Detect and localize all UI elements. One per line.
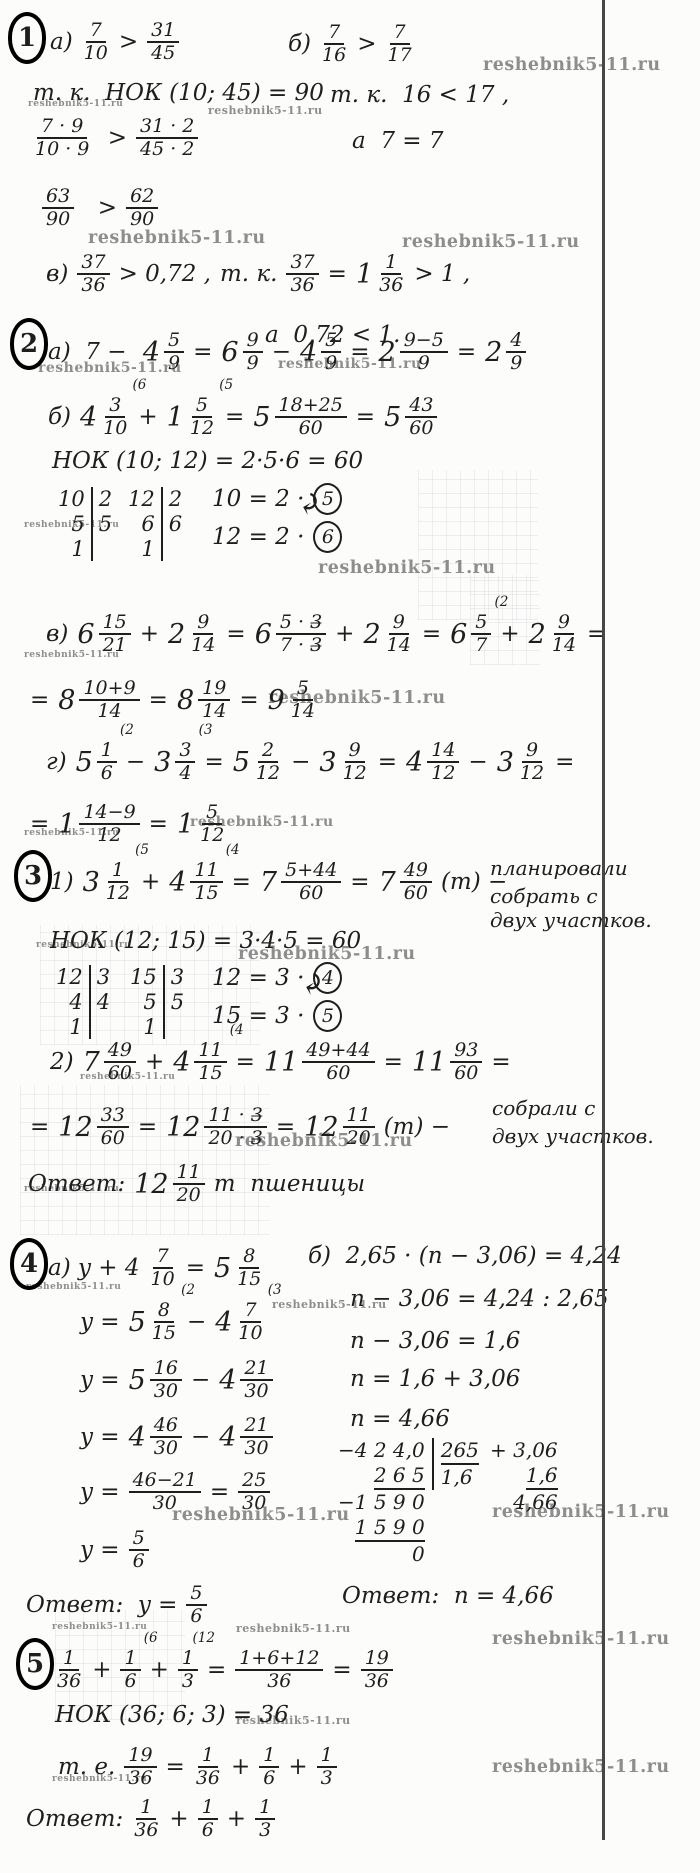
math-line: 1 (8, 12, 46, 64)
fraction: 16 (259, 1745, 279, 1790)
fraction: 716 (320, 22, 348, 67)
text-token: = (332, 1657, 351, 1683)
mixed-number: 65 · 3̶7 · 3̶ (255, 612, 326, 657)
addition-row: 4,66 (513, 1490, 558, 1515)
mixed-number: 459 (300, 330, 341, 375)
circled-factor: 5 (313, 1000, 342, 1032)
math-line: б)716>717 (288, 22, 414, 67)
fraction: 912 (518, 740, 546, 785)
text-token: = (422, 621, 441, 647)
math-line: =810+914=81914=9514 (30, 678, 317, 723)
superscript-mark: (6 (144, 1631, 158, 1646)
watermark: reshebnik5-11.ru (88, 228, 266, 248)
math-line: двух участков. (492, 1124, 654, 1148)
math-line: а 7 = 7 (352, 128, 444, 154)
text-token: = (225, 404, 244, 430)
superscript-mark: (3 (268, 1283, 282, 1298)
text-token: НОК (36; 6; 3) = 36 (55, 1702, 289, 1728)
math-line: а) 7 − 459=699−459=29−59=249 (48, 330, 526, 375)
math-line: n − 3,06 = 1,6 (350, 1328, 520, 1354)
text-token: + (227, 1806, 246, 1832)
text-token: = (384, 1049, 403, 1075)
task-number-badge: 3 (14, 850, 52, 902)
fraction: 4960 (400, 860, 432, 905)
text-token: y = (80, 1424, 120, 1450)
mixed-number: 42130 (219, 1415, 272, 1460)
fraction: 136 (132, 1797, 160, 1842)
mixed-number: 51630 (129, 1358, 182, 1403)
text-token: т. е. (58, 1754, 115, 1780)
text-token: + (145, 1049, 164, 1075)
division-row: −4 2 4,0 (338, 1438, 425, 1463)
mixed-number: 41412 (406, 740, 459, 785)
mixed-number: 1211 · 3̶20 · 3̶ (166, 1105, 267, 1150)
text-token: б) 2,65 · (n − 3,06) = 4,24 (308, 1243, 622, 1269)
fraction: 6390 (42, 186, 74, 231)
text-token: в) (46, 621, 68, 647)
mixed-number: 1136 (356, 252, 405, 297)
mixed-number: 516(2 (76, 740, 117, 785)
fraction: 1936 (361, 1648, 393, 1693)
text-token: − (272, 339, 291, 365)
fraction: 3145 (147, 20, 179, 65)
fraction: 1+6+1236 (235, 1648, 323, 1693)
fraction: 1521 (99, 612, 131, 657)
text-token: − (191, 1424, 210, 1450)
math-line: 5 (16, 1638, 54, 1690)
mixed-number: 334(3 (154, 740, 195, 785)
fraction: 212 (254, 740, 282, 785)
text-token: − (468, 749, 487, 775)
text-token: т пшеницы (214, 1171, 365, 1197)
fraction: 112(5 (104, 860, 132, 905)
grid-texture (418, 470, 538, 620)
math-line: n − 3,06 = 4,24 : 2,65 (350, 1286, 609, 1312)
fraction: 16(2 (97, 740, 117, 785)
division-row: 0 (412, 1542, 425, 1567)
text-token: = (166, 1754, 185, 1780)
text-token: > 0,72 , (119, 261, 211, 287)
mixed-number: 699 (221, 330, 262, 375)
division-row: 1,6 (441, 1465, 473, 1490)
fraction: 7 · 910 · 9 (33, 116, 91, 161)
fraction: 31 · 245 · 2 (136, 116, 198, 161)
text-token: = (30, 687, 49, 713)
fraction: 2130 (240, 1358, 272, 1403)
fraction: 1115(4 (190, 860, 222, 905)
text-token: > (119, 29, 138, 55)
math-line: 7 · 910 · 9 >31 · 245 · 2 (33, 116, 198, 161)
mixed-number: 459 (143, 330, 184, 375)
fraction: 1115(4 (194, 1040, 226, 1085)
fraction: 136 (194, 1745, 222, 1790)
mixed-number: 123360 (58, 1105, 129, 1150)
text-token: = (350, 869, 369, 895)
text-token: а) y + 4 (48, 1255, 140, 1281)
text-token: > (83, 195, 117, 221)
math-line: y =51630−42130 (80, 1358, 273, 1403)
mixed-number: 75+4460 (260, 860, 341, 905)
superscript-mark: (2 (495, 595, 509, 610)
fraction: 1412 (427, 740, 459, 785)
superscript-mark: (5 (135, 843, 149, 858)
margin-line (602, 0, 605, 1840)
superscript-mark: (2 (120, 723, 134, 738)
mixed-number: 1512(5 (167, 395, 216, 440)
mixed-number: 3912 (319, 740, 368, 785)
task-number-badge: 4 (10, 1238, 48, 1290)
fraction: 912 (341, 740, 369, 785)
mixed-number: 44630 (129, 1415, 182, 1460)
fraction: 710(3 (236, 1300, 264, 1345)
mixed-number: 114−912 (58, 802, 139, 847)
text-token: + (500, 621, 519, 647)
math-line: 2 (10, 318, 48, 370)
math-line: НОК (12; 15) = 3·4·5 = 60 (50, 928, 361, 954)
fraction: 10+914 (79, 678, 139, 723)
math-line: б) 2,65 · (n − 3,06) = 4,24 (308, 1243, 622, 1269)
math-line: г)516(2−334(3=5212−3912=41412−3912= (46, 740, 574, 785)
text-token: + (138, 404, 157, 430)
text-token: y = (80, 1537, 120, 1563)
mixed-number: 249 (485, 330, 526, 375)
mixed-number: 61521 (77, 612, 130, 657)
math-line: 12 = 2 ·6 (212, 521, 342, 553)
superscript-mark: (4 (230, 1023, 244, 1038)
text-token: г) (46, 749, 67, 775)
text-token: б) (48, 404, 71, 430)
text-token: > 1 , (414, 261, 470, 287)
mixed-number: 4310(6 (80, 395, 129, 440)
fraction: 815 (235, 1246, 263, 1291)
text-token: − (191, 1367, 210, 1393)
math-line: 105125 (58, 487, 112, 561)
text-token: n − 3,06 = 4,24 : 2,65 (350, 1286, 609, 1312)
mixed-number: 121120 (304, 1105, 375, 1150)
mixed-number: 81914 (177, 678, 230, 723)
fraction: 56 (186, 1583, 206, 1628)
fraction: 514 (289, 678, 317, 723)
text-token: = (356, 404, 375, 430)
mixed-number: 518+2560 (253, 395, 346, 440)
mixed-number: 9514 (268, 678, 317, 723)
fraction: 56 (129, 1528, 149, 1573)
mixed-number: 657(2 (450, 612, 491, 657)
math-line: 126126 (128, 487, 182, 561)
text-token: = (328, 261, 347, 287)
fraction: 99 (243, 330, 263, 375)
fraction: 9−59 (400, 330, 448, 375)
math-line: в)3736> 0,72 ,т. к.3736=1136> 1 , (46, 252, 470, 297)
fraction: 310(6 (101, 395, 129, 440)
math-line: собрали с (492, 1096, 595, 1120)
text-token: + (141, 869, 160, 895)
text-token: = (457, 339, 476, 365)
text-token: собрали с (492, 1096, 595, 1120)
dividend-column: −4 2 4,02 6 5−1 5 9 01 5 9 00 (338, 1438, 432, 1567)
math-line: 2)74960+41115(4=1149+4460=119360= (50, 1040, 511, 1085)
text-token: 2) (50, 1049, 74, 1075)
math-line: y =56 (80, 1528, 149, 1573)
mixed-number: 29−59 (379, 330, 448, 375)
math-line: в)61521+2914=65 · 3̶7 · 3̶+2914=657(2+29… (46, 612, 606, 657)
fraction: 18+2560 (275, 395, 347, 440)
mixed-number: 2914 (529, 612, 578, 657)
text-token: = (204, 749, 223, 775)
superscript-mark: (6 (133, 378, 147, 393)
math-line: 4 (10, 1238, 48, 1290)
mixed-number: 121120 (134, 1162, 205, 1207)
math-line: =123360=1211 · 3̶20 · 3̶=121120(т) − (30, 1105, 450, 1150)
text-token: = (138, 1114, 157, 1140)
text-token: а 7 = 7 (352, 128, 444, 154)
mixed-number: 1149+4460 (264, 1040, 375, 1085)
text-token: = (276, 1114, 295, 1140)
text-token: = (149, 687, 168, 713)
divisor-column: 2651,6 (432, 1438, 479, 1490)
math-line: =114−912=1512 (30, 802, 226, 847)
column-addition: + 3,061,64,66 (490, 1438, 558, 1515)
text-token: + (231, 1754, 250, 1780)
superscript-mark: (5 (219, 378, 233, 393)
text-token: т. к. НОК (10; 45) = 90 (33, 80, 324, 106)
math-line: 6390 >6290 (42, 186, 158, 231)
math-line: собрать с (490, 884, 598, 908)
text-token: = (378, 749, 397, 775)
fraction: 3360 (97, 1105, 129, 1150)
math-line: n = 1,6 + 3,06 (350, 1366, 520, 1392)
fraction: 11 · 3̶20 · 3̶ (204, 1105, 266, 1150)
fraction: 3736 (286, 252, 318, 297)
text-token: = (186, 1255, 205, 1281)
text-token: + (335, 621, 354, 647)
watermark: reshebnik5-11.ru (318, 558, 496, 578)
superscript-mark: (4 (226, 843, 240, 858)
math-line: а)710>3145 (50, 20, 179, 65)
fraction: 16 (198, 1797, 218, 1842)
text-token: = (149, 811, 168, 837)
fraction: 710 (149, 1246, 177, 1291)
fraction: 1120 (173, 1162, 205, 1207)
text-token: в) (46, 261, 68, 287)
math-line: n = 4,66 (350, 1406, 450, 1432)
circled-factor: 6 (313, 521, 342, 553)
math-line: 124134 (56, 965, 110, 1039)
superscript-mark: (3 (199, 723, 213, 738)
watermark: reshebnik5-11.ru (236, 1622, 351, 1635)
math-line: Ответ:121120т пшеницы (28, 1162, 365, 1207)
notebook-page: reshebnik5-11.rureshebnik5-11.rureshebni… (0, 0, 700, 1873)
text-token: = (555, 749, 574, 775)
text-token: 1) (50, 869, 74, 895)
text-token: 12 = 2 · (212, 524, 304, 550)
mixed-number: 119360 (412, 1040, 483, 1085)
math-line: б)4310(6+1512(5=518+2560=54360 (48, 395, 437, 440)
text-token: − (126, 749, 145, 775)
math-line: НОК (10; 12) = 2·5·6 = 60 (52, 448, 363, 474)
text-token: y = (80, 1479, 120, 1505)
fraction: 1630 (150, 1358, 182, 1403)
text-token: = (193, 339, 212, 365)
text-token: т. к. 16 < 17 , (330, 82, 509, 108)
math-line: Ответ:136+16+13 (26, 1797, 275, 1842)
fraction: 49 (506, 330, 526, 375)
fraction: 1120 (343, 1105, 375, 1150)
division-row: 265 (441, 1438, 479, 1465)
math-line: двух участков. (490, 908, 652, 932)
watermark: reshebnik5-11.ru (492, 1629, 670, 1649)
text-token: НОК (10; 12) = 2·5·6 = 60 (52, 448, 363, 474)
fraction: 9360 (450, 1040, 482, 1085)
math-line: y =46−2130=2530 (80, 1470, 270, 1515)
text-token: собрать с (490, 884, 598, 908)
text-token: НОК (12; 15) = 3·4·5 = 60 (50, 928, 361, 954)
text-token: + (140, 621, 159, 647)
fraction: 4960 (104, 1040, 136, 1085)
division-row: 1 5 9 0 (355, 1515, 425, 1542)
task-number-badge: 1 (8, 12, 46, 64)
mixed-number: 5815(2 (129, 1300, 178, 1345)
math-line: Ответ: y =56 (26, 1583, 207, 1628)
addition-row: 1,6 (526, 1463, 558, 1490)
text-token: y = (80, 1309, 120, 1335)
fraction: 59 (321, 330, 341, 375)
text-token: + (169, 1806, 188, 1832)
text-token: (т) − (384, 1114, 450, 1140)
mixed-number: 3912 (497, 740, 546, 785)
fraction: 16(6 (120, 1648, 140, 1693)
fraction: 717 (385, 22, 413, 67)
fraction: 136 (55, 1648, 83, 1693)
mixed-number: 5815 (214, 1246, 263, 1291)
text-token: а) 7 − (48, 339, 134, 365)
fraction: 914 (550, 612, 578, 657)
text-token: = (210, 1479, 229, 1505)
text-token: = (226, 621, 245, 647)
addition-row: + 3,06 (490, 1438, 558, 1463)
fraction: 710 (82, 20, 110, 65)
text-token: = (30, 811, 49, 837)
text-token: + (288, 1754, 307, 1780)
text-token: n = 1,6 + 3,06 (350, 1366, 520, 1392)
task-number-badge: 2 (10, 318, 48, 370)
mixed-number: 74960 (83, 1040, 136, 1085)
math-line: 155135 (130, 965, 184, 1039)
text-token: а) (50, 29, 73, 55)
text-token: Ответ: (26, 1806, 123, 1832)
math-line: 136+16(6+13(12=1+6+1236=1936 (55, 1648, 393, 1693)
task-number-badge: 5 (16, 1638, 54, 1690)
fraction: 815(2 (150, 1300, 178, 1345)
fraction: 13 (255, 1797, 275, 1842)
text-token: − (187, 1309, 206, 1335)
fraction: 914 (385, 612, 413, 657)
watermark: reshebnik5-11.ru (492, 1757, 670, 1777)
text-token: т. к. (220, 261, 277, 287)
fraction: 136 (377, 252, 405, 297)
mixed-number: 2914 (363, 612, 412, 657)
mixed-number: 41115(4 (173, 1040, 226, 1085)
math-line: ↷ (300, 966, 325, 1001)
factor-division-table: 155135 (130, 965, 184, 1039)
mixed-number: 74960 (379, 860, 432, 905)
text-token: n = 4,66 (350, 1406, 450, 1432)
fraction: 914 (189, 612, 217, 657)
superscript-mark: (2 (181, 1283, 195, 1298)
mixed-number: 5212 (233, 740, 282, 785)
text-token: = (239, 687, 258, 713)
math-line: а) y + 4710=5815 (48, 1246, 263, 1291)
math-line: т. к. НОК (10; 45) = 90 (33, 80, 324, 106)
fraction: 1936 (124, 1745, 156, 1790)
math-line: Ответ: n = 4,66 (342, 1583, 554, 1609)
fraction: 5 · 3̶7 · 3̶ (276, 612, 326, 657)
long-division: −4 2 4,02 6 5−1 5 9 01 5 9 002651,6 (338, 1438, 479, 1567)
division-row: 2 6 5 (374, 1463, 425, 1490)
fraction: 4360 (405, 395, 437, 440)
fraction: 13(12 (178, 1648, 198, 1693)
fraction: 5+4460 (281, 860, 341, 905)
text-token: + (92, 1657, 111, 1683)
fraction: 57(2 (471, 612, 491, 657)
math-line: 1)3112(5+41115(4=75+4460=74960(т) − (50, 860, 507, 905)
fraction: 4630 (150, 1415, 182, 1460)
text-token: = (236, 1049, 255, 1075)
fraction: 2130 (240, 1415, 272, 1460)
text-token: Ответ: n = 4,66 (342, 1583, 554, 1609)
fraction: 59 (164, 330, 184, 375)
math-line: НОК (36; 6; 3) = 36 (55, 1702, 289, 1728)
fraction: 34(3 (175, 740, 195, 785)
fraction: 512(5 (188, 395, 216, 440)
superscript-mark: (12 (192, 1631, 214, 1646)
text-token: = (491, 1049, 510, 1075)
math-line: планировали (490, 856, 628, 880)
text-token: n − 3,06 = 1,6 (350, 1328, 520, 1354)
text-token: планировали (490, 856, 628, 880)
mixed-number: 4710(3 (215, 1300, 264, 1345)
fraction: 13 (317, 1745, 337, 1790)
division-row: −1 5 9 0 (338, 1490, 425, 1515)
fraction: 6290 (126, 186, 158, 231)
mixed-number: 810+914 (58, 678, 139, 723)
text-token: > (357, 31, 376, 57)
math-line: т. к. 16 < 17 , (330, 82, 509, 108)
mixed-number: 1512 (177, 802, 226, 847)
fraction: 3736 (77, 252, 109, 297)
text-token: = (207, 1657, 226, 1683)
text-token: 15 = 3 · (212, 1003, 304, 1029)
text-token: Ответ: y = (26, 1592, 177, 1618)
text-token: = (30, 1114, 49, 1140)
text-token: − (291, 749, 310, 775)
watermark: reshebnik5-11.ru (402, 232, 580, 252)
fraction: 1914 (198, 678, 230, 723)
mixed-number: 2914 (168, 612, 217, 657)
fraction: 14−912 (79, 802, 139, 847)
math-line: ↷ (297, 486, 322, 521)
fraction: 46−2130 (129, 1470, 201, 1515)
math-line: 3 (14, 850, 52, 902)
mixed-number: 41115(4 (169, 860, 222, 905)
text-token: = (232, 869, 251, 895)
factor-division-table: 126126 (128, 487, 182, 561)
factor-division-table: 105125 (58, 487, 112, 561)
text-token: 12 = 3 · (212, 965, 304, 991)
text-token: двух участков. (492, 1124, 654, 1148)
mixed-number: 42130 (219, 1358, 272, 1403)
mixed-number: 54360 (384, 395, 437, 440)
